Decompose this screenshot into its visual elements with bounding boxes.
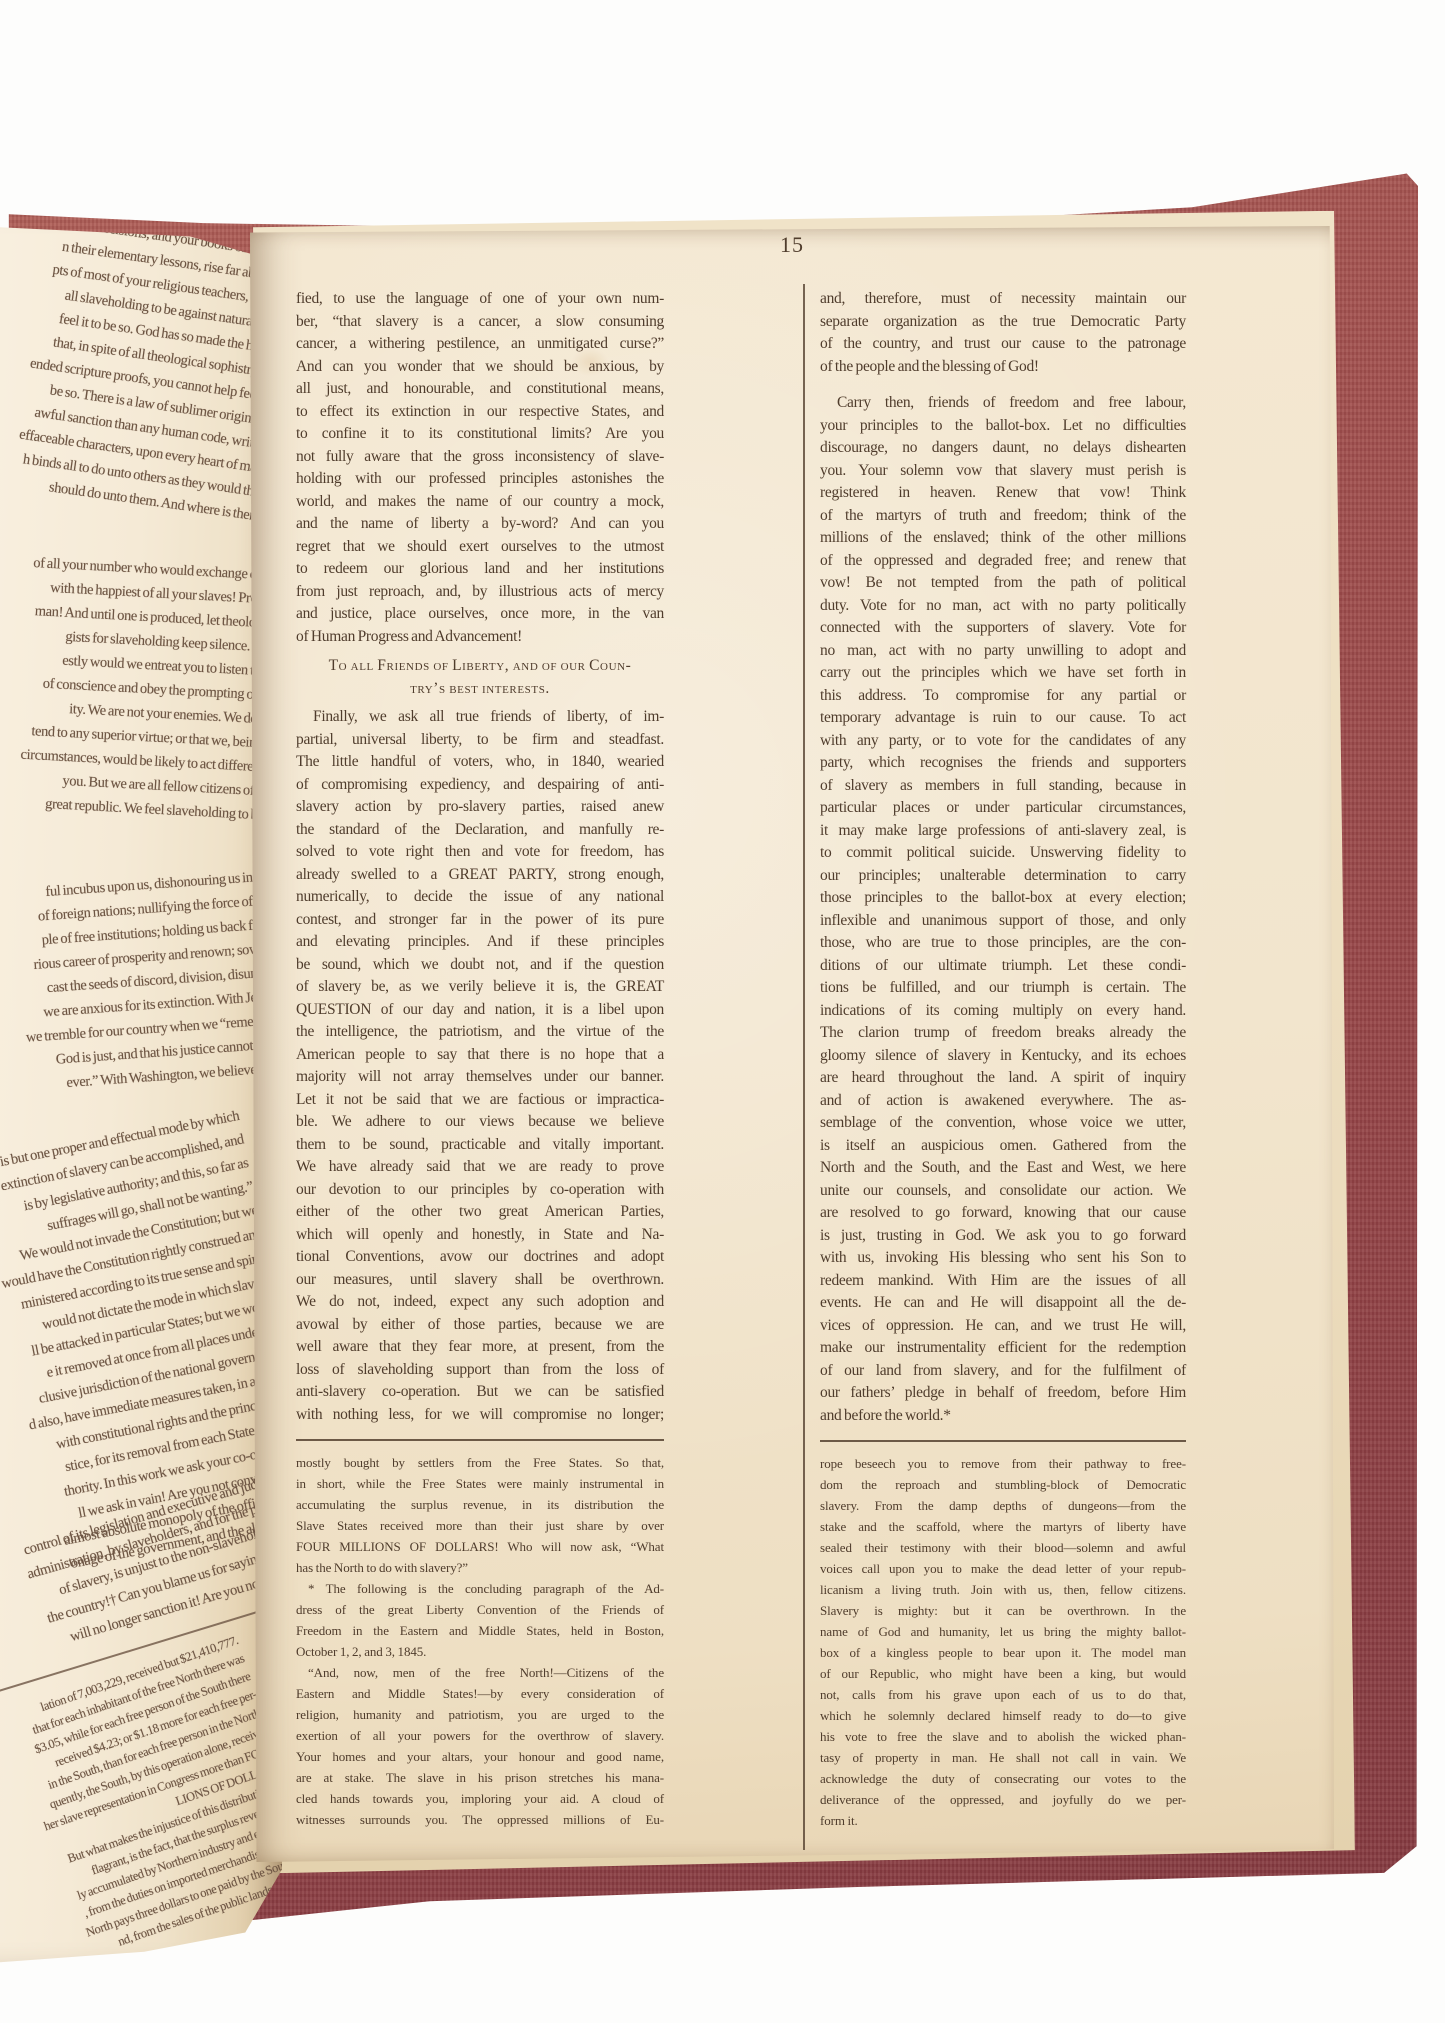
text-line: his vote to free the slave and to abolis… <box>820 1726 1186 1747</box>
text-line: holding with our professed principles as… <box>296 468 664 491</box>
text-line: world, and makes the name of our country… <box>296 491 664 514</box>
text-line: tasy of property in man. He shall not ca… <box>820 1747 1186 1768</box>
text-line: are resolved to go forward, knowing that… <box>820 1202 1186 1225</box>
text-line: The little handful of voters, who, in 18… <box>296 751 664 774</box>
text-line: with nothing less, for we will compromis… <box>296 1404 664 1427</box>
text-line: tions be fulfilled, and our triumph is c… <box>820 977 1186 1000</box>
text-line: events. He can and He will disappoint al… <box>820 1292 1186 1315</box>
text-line: anti-slavery co-operation. But we can be… <box>296 1381 664 1404</box>
text-line: North and the South, and the East and We… <box>820 1157 1186 1180</box>
text-line: our fathers’ pledge in behalf of freedom… <box>820 1382 1186 1405</box>
text-line: witnesses surrounds you. The oppressed m… <box>296 1809 664 1830</box>
right-page: 15 fied, to use the language of one of y… <box>250 226 1334 1862</box>
text-line: those principles to the ballot-box at ev… <box>820 887 1186 910</box>
text-line: in short, while the Free States were mai… <box>296 1473 664 1494</box>
text-line: those, who are true to those principles,… <box>820 932 1186 955</box>
text-line: gloomy silence of slavery in Kentucky, a… <box>820 1045 1186 1068</box>
text-line: either of the other two great American P… <box>296 1201 664 1224</box>
left-page-text-segment: ful incubus upon us, dishonouring us in … <box>0 864 286 1102</box>
text-line: Slave States received more than their ju… <box>296 1515 664 1536</box>
text-line: connected with the supporters of slavery… <box>820 617 1186 640</box>
text-line: religion, humanity and patriotism, you a… <box>296 1704 664 1725</box>
text-line: millions of the enslaved; think of the o… <box>820 527 1186 550</box>
text-line: redeem mankind. With Him are the issues … <box>820 1270 1186 1293</box>
text-line: majority will not array themselves under… <box>296 1066 664 1089</box>
left-page: judicial decisions, and your books of co… <box>0 212 282 1964</box>
text-line: of Human Progress and Advancement! <box>296 626 664 649</box>
left-column: fied, to use the language of one of your… <box>296 288 664 1830</box>
text-line: already swelled to a GREAT PARTY, strong… <box>296 864 664 887</box>
text-line: well aware that they fear more, at prese… <box>296 1336 664 1359</box>
column-divider <box>803 284 805 1850</box>
footnote-paragraph: mostly bought by settlers from the Free … <box>296 1452 664 1578</box>
text-line: accumulating the surplus revenue, in its… <box>296 1494 664 1515</box>
text-line: of the country, and trust our cause to t… <box>820 333 1186 356</box>
text-line: to confine it to its constitutional limi… <box>296 423 664 446</box>
text-line: We have already said that we are ready t… <box>296 1156 664 1179</box>
text-line: our measures, until slavery shall be ove… <box>296 1269 664 1292</box>
section-heading: To all Friends of Liberty, and of our Co… <box>296 655 664 700</box>
text-line: Let it not be said that we are factious … <box>296 1089 664 1112</box>
text-line: The clarion trump of freedom breaks alre… <box>820 1022 1186 1045</box>
text-line: particular places or under particular ci… <box>820 797 1186 820</box>
text-line: Freedom in the Eastern and Middle States… <box>296 1620 664 1641</box>
text-line: avowal by either of those parties, becau… <box>296 1314 664 1337</box>
text-line: box of a kingless people to bear upon it… <box>820 1642 1186 1663</box>
text-line: Eastern and Middle States!—by every cons… <box>296 1683 664 1704</box>
text-line: exertion of all your powers for the over… <box>296 1725 664 1746</box>
text-line: the intelligence, the patriotism, and th… <box>296 1021 664 1044</box>
text-line: of the people and the blessing of God! <box>820 356 1186 379</box>
text-line: is itself an auspicious omen. Gathered f… <box>820 1135 1186 1158</box>
paragraph: Carry then, friends of freedom and free … <box>820 392 1186 1427</box>
paragraph: and, therefore, must of necessity mainta… <box>820 288 1186 378</box>
text-line: party, which recognises the friends and … <box>820 752 1186 775</box>
text-line: make our instrumentality efficient for t… <box>820 1337 1186 1360</box>
text-line: of our land from slavery, and for the fu… <box>820 1360 1186 1383</box>
text-line: ble. We adhere to our views because we b… <box>296 1111 664 1134</box>
text-line: dress of the great Liberty Convention of… <box>296 1599 664 1620</box>
text-line: partial, universal liberty, to be firm a… <box>296 729 664 752</box>
text-line: slavery action by pro-slavery parties, r… <box>296 796 664 819</box>
text-line: separate organization as the true Democr… <box>820 311 1186 334</box>
text-line: not, calls from his grave upon each of u… <box>820 1684 1186 1705</box>
text-line: discourage, no dangers daunt, no delays … <box>820 437 1186 460</box>
text-line: Your homes and your altars, your honour … <box>296 1746 664 1767</box>
text-line: this address. To compromise for any part… <box>820 685 1186 708</box>
text-line: are at stake. The slave in his prison st… <box>296 1767 664 1788</box>
text-line: fied, to use the language of one of your… <box>296 288 664 311</box>
text-line: cled hands towards you, imploring your a… <box>296 1788 664 1809</box>
text-line: of our Republic, who might have been a k… <box>820 1663 1186 1684</box>
text-line: duty. Vote for no man, act with no party… <box>820 595 1186 618</box>
text-line: contest, and stronger far in the power o… <box>296 909 664 932</box>
text-line: of the oppressed and degraded free; and … <box>820 550 1186 573</box>
text-line: acknowledge the duty of consecrating our… <box>820 1768 1186 1789</box>
footnote-paragraph: “And, now, men of the free North!—Citize… <box>296 1662 664 1830</box>
text-line: We do not, indeed, expect any such adopt… <box>296 1291 664 1314</box>
paragraph: fied, to use the language of one of your… <box>296 288 664 648</box>
text-line: the standard of the Declaration, and man… <box>296 819 664 842</box>
text-line: are heard throughout the land. A spirit … <box>820 1067 1186 1090</box>
text-line: to redeem our glorious land and her inst… <box>296 558 664 581</box>
text-line: dom the reproach and stumbling-block of … <box>820 1474 1186 1495</box>
footnotes-left: mostly bought by settlers from the Free … <box>296 1452 664 1830</box>
text-line: you. Your solemn vow that slavery must p… <box>820 460 1186 483</box>
text-line: October 1, 2, and 3, 1845. <box>296 1641 664 1662</box>
text-line: of slavery as members in full standing, … <box>820 775 1186 798</box>
text-line: mostly bought by settlers from the Free … <box>296 1452 664 1473</box>
footnote-rule <box>296 1439 664 1441</box>
text-line: and, therefore, must of necessity mainta… <box>820 288 1186 311</box>
text-line: numerically, to decide the issue of any … <box>296 886 664 909</box>
text-line: and the name of liberty a by-word? And c… <box>296 513 664 536</box>
text-line: vow! Be not tempted from the path of pol… <box>820 572 1186 595</box>
paragraph-gap <box>820 378 1186 392</box>
text-line: vices of oppression. He can, and we trus… <box>820 1315 1186 1338</box>
text-line: is just, trusting in God. We ask you to … <box>820 1225 1186 1248</box>
text-line: tional Conventions, avow our doctrines a… <box>296 1246 664 1269</box>
text-line: your principles to the ballot-box. Let n… <box>820 415 1186 438</box>
text-line: Finally, we ask all true friends of libe… <box>296 706 664 729</box>
paragraph: Finally, we ask all true friends of libe… <box>296 706 664 1426</box>
footnote-paragraph: * The following is the concluding paragr… <box>296 1578 664 1662</box>
text-line: not fully aware that the gross inconsist… <box>296 446 664 469</box>
text-line: American people to say that there is no … <box>296 1044 664 1067</box>
left-page-text-segment: of all your number who would exchange co… <box>0 547 285 828</box>
text-line: of slavery be, as we verily believe it i… <box>296 976 664 999</box>
text-line: regret that we should exert ourselves to… <box>296 536 664 559</box>
text-line: name of God and humanity, let us bring t… <box>820 1621 1186 1642</box>
text-line: with any party, or to vote for the candi… <box>820 730 1186 753</box>
text-line: ditions of our ultimate triumph. Let the… <box>820 955 1186 978</box>
text-line: our principles; unalterable determinatio… <box>820 865 1186 888</box>
text-line: unite our counsels, and consolidate our … <box>820 1180 1186 1203</box>
text-line: from just reproach, and, by illustrious … <box>296 581 664 604</box>
text-line: * The following is the concluding paragr… <box>296 1578 664 1599</box>
text-line: registered in heaven. Renew that vow! Th… <box>820 482 1186 505</box>
right-column: and, therefore, must of necessity mainta… <box>820 288 1186 1831</box>
text-line: Carry then, friends of freedom and free … <box>820 392 1186 415</box>
text-line: temporary advantage is ruin to our cause… <box>820 707 1186 730</box>
text-line: them to be sound, practicable and vitall… <box>296 1134 664 1157</box>
text-line: inflexible and unanimous support of thos… <box>820 910 1186 933</box>
text-line: all just, and honourable, and constituti… <box>296 378 664 401</box>
page-number: 15 <box>250 232 1334 258</box>
heading-line: try’s best interests. <box>296 678 664 701</box>
text-line: with us, invoking His blessing who sent … <box>820 1247 1186 1270</box>
text-line: cancer, a withering pestilence, an unmit… <box>296 333 664 356</box>
footnote-rule <box>820 1440 1186 1442</box>
text-line: deliverance of the oppressed, and joyful… <box>820 1789 1186 1810</box>
text-line: “And, now, men of the free North!—Citize… <box>296 1662 664 1683</box>
text-line: And can you wonder that we should be anx… <box>296 356 664 379</box>
text-line: sealed their testimony with their blood—… <box>820 1537 1186 1558</box>
text-line: voices call upon you to make the dead le… <box>820 1558 1186 1579</box>
text-line: be sound, which we doubt not, and if the… <box>296 954 664 977</box>
text-line: which will openly and honestly, in State… <box>296 1224 664 1247</box>
text-line: Slavery is mighty: but it can be overthr… <box>820 1600 1186 1621</box>
text-line: to effect its extinction in our respecti… <box>296 401 664 424</box>
text-line: solved to vote right then and vote for f… <box>296 841 664 864</box>
text-line: carry out the principles which we have s… <box>820 662 1186 685</box>
text-line: indications of its coming multiply on ev… <box>820 1000 1186 1023</box>
text-line: semblage of the convention, whose voice … <box>820 1112 1186 1135</box>
text-line: and justice, place ourselves, once more,… <box>296 603 664 626</box>
text-line: QUESTION of our day and nation, it is a … <box>296 999 664 1022</box>
text-line: and elevating principles. And if these p… <box>296 931 664 954</box>
text-line: form it. <box>820 1810 1186 1831</box>
text-line: licanism a living truth. Join with us, t… <box>820 1579 1186 1600</box>
text-line: to commit political suicide. Unswerving … <box>820 842 1186 865</box>
text-line: rope beseech you to remove from their pa… <box>820 1453 1186 1474</box>
footnote-paragraph: rope beseech you to remove from their pa… <box>820 1453 1186 1831</box>
text-line: loss of slaveholding support than from t… <box>296 1359 664 1382</box>
text-line: which he solemnly declared himself ready… <box>820 1705 1186 1726</box>
heading-line: To all Friends of Liberty, and of our Co… <box>296 655 664 678</box>
text-line: slavery. From the damp depths of dungeon… <box>820 1495 1186 1516</box>
text-line: our devotion to our principles by co-ope… <box>296 1179 664 1202</box>
text-line: no man, act with no party unwilling to a… <box>820 640 1186 663</box>
text-line: has the North to do with slavery?” <box>296 1557 664 1578</box>
footnotes-right: rope beseech you to remove from their pa… <box>820 1453 1186 1831</box>
text-line: and before the world.* <box>820 1405 1186 1428</box>
text-line: and of action is awakened everywhere. Th… <box>820 1090 1186 1113</box>
text-line: ber, “that slavery is a cancer, a slow c… <box>296 311 664 334</box>
text-line: stake and the scaffold, where the martyr… <box>820 1516 1186 1537</box>
text-line: of the martyrs of truth and freedom; thi… <box>820 505 1186 528</box>
text-line: of compromising expediency, and despairi… <box>296 774 664 797</box>
text-line: FOUR MILLIONS OF DOLLARS! Who will now a… <box>296 1536 664 1557</box>
text-line: it may make large professions of anti-sl… <box>820 820 1186 843</box>
